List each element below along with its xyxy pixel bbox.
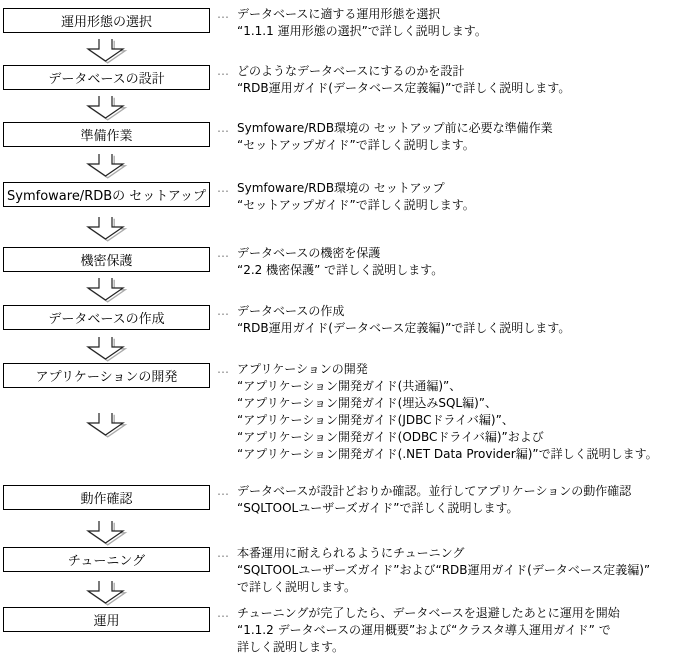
step-description-2: …どのようなデータベースにするのかを設計“RDB運用ガイド(データベース定義編)… bbox=[217, 63, 570, 97]
down-arrow-icon bbox=[87, 520, 127, 546]
step-box-7: アプリケーションの開発 bbox=[3, 363, 210, 388]
description-line: で詳しく説明します。 bbox=[237, 579, 650, 596]
down-arrow-icon bbox=[87, 153, 127, 179]
step-description-8: …データベースが設計どおりか確認。並行してアプリケーションの動作確認“SQLTO… bbox=[217, 483, 631, 517]
step-box-label: データベースの設計 bbox=[48, 68, 164, 87]
step-description-lines: データベースに適する運用形態を選択“1.1.1 運用形態の選択”で詳しく説明しま… bbox=[237, 6, 487, 40]
step-box-label: データベースの作成 bbox=[48, 308, 164, 327]
step-box-label: Symfoware/RDBの セットアップ bbox=[7, 185, 206, 204]
description-line: “アプリケーション開発ガイド(共通編)”、 bbox=[237, 378, 658, 395]
description-line: Symfoware/RDB環境の セットアップ前に必要な準備作業 bbox=[237, 120, 553, 137]
step-box-label: 動作確認 bbox=[80, 488, 132, 507]
description-line: “セットアップガイド”で詳しく説明します。 bbox=[237, 137, 553, 154]
description-line: 本番運用に耐えられるようにチューニング bbox=[237, 545, 650, 562]
step-box-label: 運用 bbox=[93, 610, 119, 629]
step-box-3: 準備作業 bbox=[3, 122, 210, 147]
step-box-4: Symfoware/RDBの セットアップ bbox=[3, 182, 210, 207]
step-box-label: 準備作業 bbox=[80, 125, 132, 144]
step-description-lines: データベースが設計どおりか確認。並行してアプリケーションの動作確認“SQLTOO… bbox=[237, 483, 631, 517]
step-description-lines: Symfoware/RDB環境の セットアップ“セットアップガイド”で詳しく説明… bbox=[237, 180, 475, 214]
step-box-1: 運用形態の選択 bbox=[3, 8, 210, 33]
step-description-6: …データベースの作成“RDB運用ガイド(データベース定義編)”で詳しく説明します… bbox=[217, 303, 570, 337]
down-arrow-icon bbox=[87, 277, 127, 303]
description-line: “セットアップガイド”で詳しく説明します。 bbox=[237, 197, 475, 214]
description-line: 詳しく説明します。 bbox=[237, 639, 620, 656]
step-box-label: アプリケーションの開発 bbox=[36, 366, 178, 385]
description-line: “RDB運用ガイド(データベース定義編)”で詳しく説明します。 bbox=[237, 320, 570, 337]
step-description-lines: データベースの作成“RDB運用ガイド(データベース定義編)”で詳しく説明します。 bbox=[237, 303, 570, 337]
ellipsis-marker: … bbox=[217, 245, 237, 262]
flow-diagram: 運用形態の選択…データベースに適する運用形態を選択“1.1.1 運用形態の選択”… bbox=[0, 0, 696, 659]
step-description-lines: チューニングが完了したら、データベースを退避したあとに運用を開始“1.1.2 デ… bbox=[237, 605, 620, 656]
ellipsis-marker: … bbox=[217, 120, 237, 137]
description-line: どのようなデータベースにするのかを設計 bbox=[237, 63, 570, 80]
step-box-5: 機密保護 bbox=[3, 247, 210, 272]
ellipsis-marker: … bbox=[217, 180, 237, 197]
description-line: データベースの作成 bbox=[237, 303, 570, 320]
ellipsis-marker: … bbox=[217, 545, 237, 562]
step-description-5: …データベースの機密を保護“2.2 機密保護” で詳しく説明します。 bbox=[217, 245, 443, 279]
step-description-lines: 本番運用に耐えられるようにチューニング“SQLTOOLユーザーズガイド”および“… bbox=[237, 545, 650, 596]
step-box-10: 運用 bbox=[3, 607, 210, 632]
description-line: “SQLTOOLユーザーズガイド”および“RDB運用ガイド(データベース定義編)… bbox=[237, 562, 650, 579]
step-description-10: …チューニングが完了したら、データベースを退避したあとに運用を開始“1.1.2 … bbox=[217, 605, 620, 656]
ellipsis-marker: … bbox=[217, 6, 237, 23]
down-arrow-icon bbox=[87, 95, 127, 121]
description-line: Symfoware/RDB環境の セットアップ bbox=[237, 180, 475, 197]
description-line: “1.1.2 データベースの運用概要”および“クラスタ導入運用ガイド” で bbox=[237, 622, 620, 639]
down-arrow-icon bbox=[87, 216, 127, 242]
description-line: “1.1.1 運用形態の選択”で詳しく説明します。 bbox=[237, 23, 487, 40]
ellipsis-marker: … bbox=[217, 63, 237, 80]
description-line: “アプリケーション開発ガイド(ODBCドライバ編)”および bbox=[237, 429, 658, 446]
description-line: “RDB運用ガイド(データベース定義編)”で詳しく説明します。 bbox=[237, 80, 570, 97]
step-box-label: チューニング bbox=[68, 550, 145, 569]
description-line: “アプリケーション開発ガイド(.NET Data Provider編)”で詳しく… bbox=[237, 446, 658, 463]
description-line: “2.2 機密保護” で詳しく説明します。 bbox=[237, 262, 443, 279]
ellipsis-marker: … bbox=[217, 303, 237, 320]
description-line: データベースが設計どおりか確認。並行してアプリケーションの動作確認 bbox=[237, 483, 631, 500]
ellipsis-marker: … bbox=[217, 483, 237, 500]
step-box-label: 機密保護 bbox=[80, 250, 132, 269]
step-box-label: 運用形態の選択 bbox=[61, 11, 152, 30]
down-arrow-icon bbox=[87, 412, 127, 438]
step-description-7: …アプリケーションの開発“アプリケーション開発ガイド(共通編)”、“アプリケーシ… bbox=[217, 361, 658, 463]
step-description-lines: どのようなデータベースにするのかを設計“RDB運用ガイド(データベース定義編)”… bbox=[237, 63, 570, 97]
down-arrow-icon bbox=[87, 580, 127, 606]
down-arrow-icon bbox=[87, 38, 127, 64]
step-description-lines: データベースの機密を保護“2.2 機密保護” で詳しく説明します。 bbox=[237, 245, 443, 279]
description-line: データベースの機密を保護 bbox=[237, 245, 443, 262]
ellipsis-marker: … bbox=[217, 361, 237, 378]
step-box-8: 動作確認 bbox=[3, 485, 210, 510]
step-description-lines: Symfoware/RDB環境の セットアップ前に必要な準備作業“セットアップガ… bbox=[237, 120, 553, 154]
description-line: チューニングが完了したら、データベースを退避したあとに運用を開始 bbox=[237, 605, 620, 622]
description-line: アプリケーションの開発 bbox=[237, 361, 658, 378]
step-description-1: …データベースに適する運用形態を選択“1.1.1 運用形態の選択”で詳しく説明し… bbox=[217, 6, 487, 40]
step-box-2: データベースの設計 bbox=[3, 65, 210, 90]
description-line: データベースに適する運用形態を選択 bbox=[237, 6, 487, 23]
description-line: “アプリケーション開発ガイド(JDBCドライバ編)”、 bbox=[237, 412, 658, 429]
down-arrow-icon bbox=[87, 336, 127, 362]
step-box-6: データベースの作成 bbox=[3, 305, 210, 330]
step-description-3: …Symfoware/RDB環境の セットアップ前に必要な準備作業“セットアップ… bbox=[217, 120, 553, 154]
step-description-lines: アプリケーションの開発“アプリケーション開発ガイド(共通編)”、“アプリケーショ… bbox=[237, 361, 658, 463]
description-line: “SQLTOOLユーザーズガイド”で詳しく説明します。 bbox=[237, 500, 631, 517]
step-description-9: …本番運用に耐えられるようにチューニング“SQLTOOLユーザーズガイド”および… bbox=[217, 545, 650, 596]
ellipsis-marker: … bbox=[217, 605, 237, 622]
step-description-4: …Symfoware/RDB環境の セットアップ“セットアップガイド”で詳しく説… bbox=[217, 180, 475, 214]
step-box-9: チューニング bbox=[3, 547, 210, 572]
description-line: “アプリケーション開発ガイド(埋込みSQL編)”、 bbox=[237, 395, 658, 412]
